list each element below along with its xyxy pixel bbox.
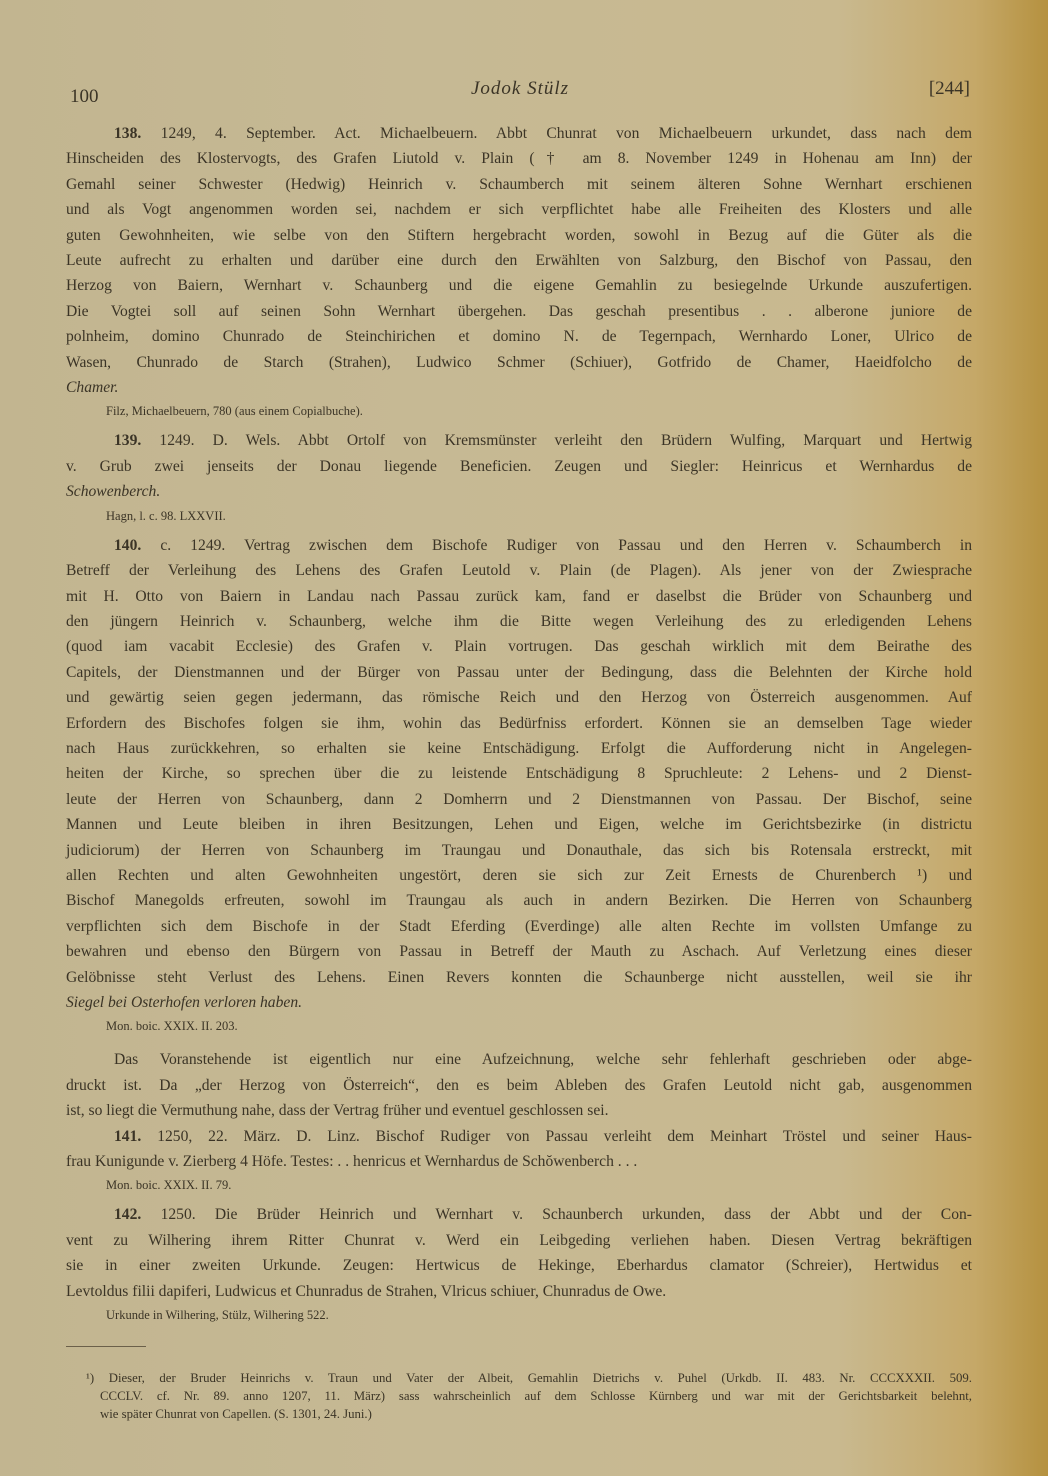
text-line: heiten der Kirche, so sprechen über die … — [18, 761, 972, 786]
text-line: leute der Herren von Schaunberg, dann 2 … — [18, 787, 972, 812]
text-line: v. Grub zwei jenseits der Donau liegende… — [18, 454, 972, 479]
text-line: sie in einer zweiten Urkunde. Zeugen: He… — [18, 1253, 972, 1278]
entry-139: 139. 1249. D. Wels. Abbt Ortolf von Krem… — [66, 428, 972, 504]
text-line: Bischof Manegolds erfreuten, sowohl im T… — [18, 888, 972, 913]
text-line: Betreff der Verleihung des Lehens des Gr… — [18, 558, 972, 583]
text-line: ist, so liegt die Vermuthung nahe, dass … — [18, 1098, 972, 1123]
entry-142: 142. 1250. Die Brüder Heinrich und Wernh… — [66, 1202, 972, 1304]
entry-number: 138. — [114, 125, 141, 142]
editorial-commentary: Das Voranstehende ist eigentlich nur ein… — [66, 1047, 972, 1123]
text-line: judiciorum) der Herren von Schaunberg im… — [18, 838, 972, 863]
text-line: c. 1249. Vertrag zwischen dem Bischofe R… — [160, 537, 972, 554]
text-line: mit H. Otto von Baiern in Landau nach Pa… — [18, 584, 972, 609]
running-title: Jodok Stülz — [70, 78, 970, 100]
text-line: 1250. Die Brüder Heinrich und Wernhart v… — [161, 1206, 972, 1223]
text-line: vent zu Wilhering ihrem Ritter Chunrat v… — [18, 1228, 972, 1253]
text-line: Herzog von Baiern, Wernhart v. Schaunber… — [18, 273, 972, 298]
text-line: Dieser, der Bruder Heinrichs v. Traun un… — [109, 1371, 972, 1385]
text-line: guten Gewohnheiten, wie selbe von den St… — [18, 223, 972, 248]
text-line: bewahren und ebenso den Bürgern von Pass… — [18, 939, 972, 964]
footnote: ¹) Dieser, der Bruder Heinrichs v. Traun… — [66, 1369, 972, 1423]
text-line: Mannen und Leute bleiben in ihren Besitz… — [18, 812, 972, 837]
text-line: 1249. D. Wels. Abbt Ortolf von Kremsmüns… — [159, 432, 972, 449]
entry-number: 139. — [114, 432, 141, 449]
text-line: Die Vogtei soll auf seinen Sohn Wernhart… — [18, 299, 972, 324]
text-line: und als Vogt angenommen worden sei, nach… — [18, 197, 972, 222]
text-line: nach Haus zurückkehren, so erhalten sie … — [18, 736, 972, 761]
text-line: verpflichten sich dem Bischofe in der St… — [18, 914, 972, 939]
source-citation: Mon. boic. XXIX. II. 203. — [66, 1015, 972, 1037]
text-line: Siegel bei Osterhofen verloren haben. — [18, 990, 972, 1015]
text-line: 1249, 4. September. Act. Michaelbeuern. … — [161, 125, 972, 142]
text-line: Gemahl seiner Schwester (Hedwig) Heinric… — [18, 172, 972, 197]
text-line: druckt ist. Da „der Herzog von Österreic… — [18, 1073, 972, 1098]
entry-number: 142. — [114, 1206, 141, 1223]
source-citation: Mon. boic. XXIX. II. 79. — [66, 1174, 972, 1196]
text-line: frau Kunigunde v. Zierberg 4 Höfe. Teste… — [18, 1149, 972, 1174]
text-line: Hinscheiden des Klostervogts, des Grafen… — [18, 146, 972, 171]
text-line: Capitels, der Dienstmannen und der Bürge… — [18, 660, 972, 685]
source-citation: Urkunde in Wilhering, Stülz, Wilhering 5… — [66, 1304, 972, 1326]
footnote-marker: ¹) — [86, 1371, 94, 1385]
text-line: Erfordern des Bischofes folgen sie ihm, … — [18, 711, 972, 736]
page-header: 100 Jodok Stülz [244] — [70, 78, 970, 108]
entry-141: 141. 1250, 22. März. D. Linz. Bischof Ru… — [66, 1124, 972, 1175]
text-line: Chamer. — [18, 375, 972, 400]
entry-140: 140. c. 1249. Vertrag zwischen dem Bisch… — [66, 533, 972, 1016]
text-line: allen Rechten und alten Gewohnheiten ung… — [18, 863, 972, 888]
text-line: Das Voranstehende ist eigentlich nur ein… — [66, 1047, 972, 1072]
text-line: Wasen, Chunrado de Starch (Strahen), Lud… — [18, 350, 972, 375]
entry-138: 138. 1249, 4. September. Act. Michaelbeu… — [66, 121, 972, 400]
source-citation: Filz, Michaelbeuern, 780 (aus einem Copi… — [66, 400, 972, 422]
entry-number: 140. — [114, 537, 141, 554]
text-line: den jüngern Heinrich v. Schaunberg, welc… — [18, 609, 972, 634]
text-line: Gelöbnisse steht Verlust des Lehens. Ein… — [18, 965, 972, 990]
text-line: 1250, 22. März. D. Linz. Bischof Rudiger… — [157, 1128, 972, 1145]
footnote-divider — [66, 1346, 146, 1347]
text-line: wie später Chunrat von Capellen. (S. 130… — [86, 1405, 972, 1423]
page-body: 138. 1249, 4. September. Act. Michaelbeu… — [66, 121, 972, 1423]
document-page: 100 Jodok Stülz [244] 138. 1249, 4. Sept… — [0, 0, 1048, 1476]
text-line: Leute aufrecht zu erhalten und darüber e… — [18, 248, 972, 273]
text-line: CCCLV. cf. Nr. 89. anno 1207, 11. März) … — [86, 1387, 972, 1405]
text-line: polnheim, domino Chunrado de Steinchiric… — [18, 324, 972, 349]
text-line: Levtoldus filii dapiferi, Ludwicus et Ch… — [18, 1279, 972, 1304]
original-page-number: [244] — [929, 78, 970, 100]
source-citation: Hagn, l. c. 98. LXXVII. — [66, 505, 972, 527]
text-line: Schowenberch. — [18, 479, 972, 504]
text-line: (quod iam vacabit Ecclesie) des Grafen v… — [18, 634, 972, 659]
text-line: und gewärtig seien gegen jedermann, das … — [18, 685, 972, 710]
entry-number: 141. — [114, 1128, 141, 1145]
